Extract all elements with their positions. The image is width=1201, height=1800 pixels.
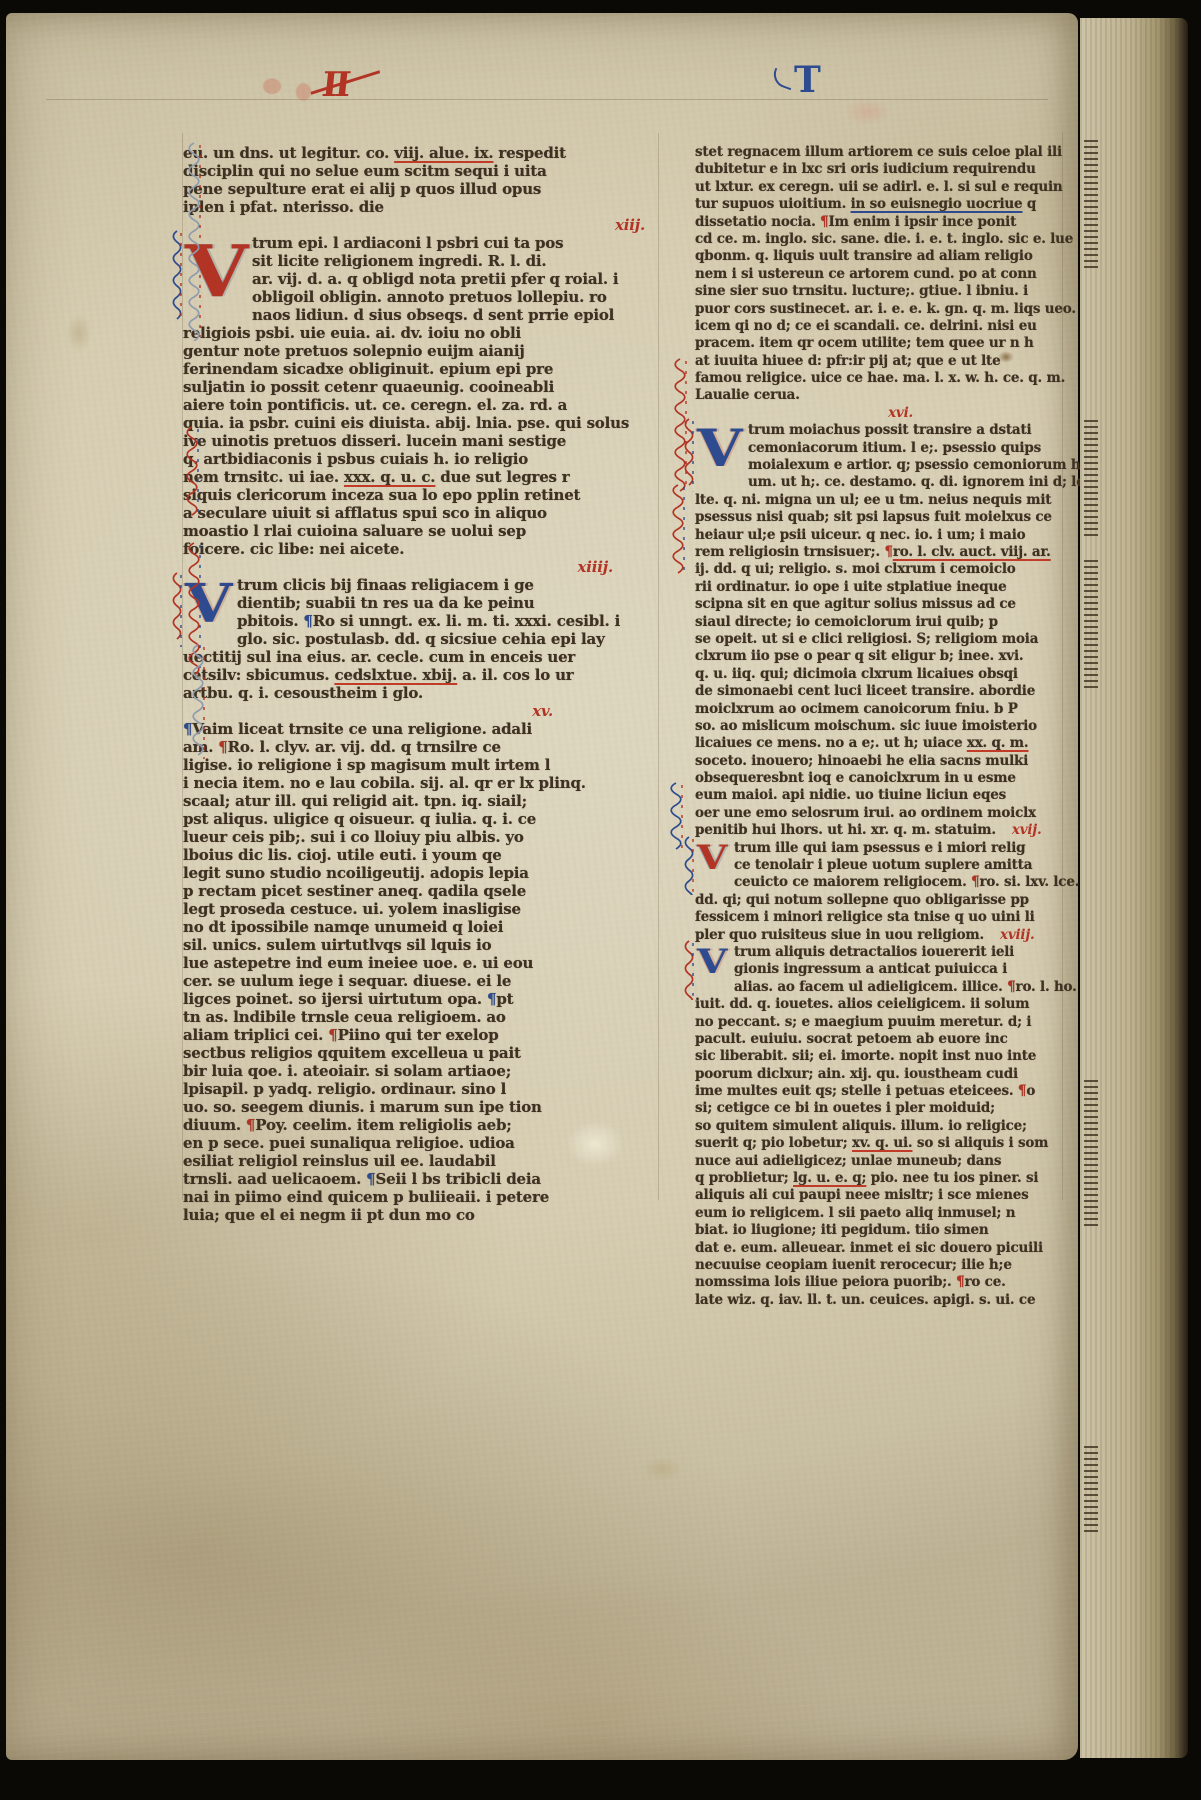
text-segment: trum ille qui iam psessus e i miori reli… [734, 840, 1025, 856]
manuscript-text-line: moialexum e artior. q; psessio cemonioru… [695, 457, 1061, 474]
text-segment: bir luia qoe. i. ateoiair. si solam arti… [183, 1062, 511, 1080]
manuscript-text-line: cetsilv: sbicumus. cedslxtue. xbij. a. i… [183, 666, 657, 684]
manuscript-text-line: eu. un dns. ut legitur. co. viij. alue. … [183, 144, 657, 162]
manuscript-text-line: trum ille qui iam psessus e i miori reli… [695, 840, 1061, 857]
text-segment: dd. qi; qui notum sollepne quo obligaris… [695, 892, 1029, 908]
text-segment: Ro si unngt. ex. li. m. ti. xxxi. cesibl… [313, 612, 620, 630]
text-segment: esiliat religiol reinslus uil ee. laudab… [183, 1152, 496, 1170]
text-segment: ceuicto ce maiorem religiocem. [734, 874, 971, 890]
manuscript-text-line: puor cors sustinecet. ar. i. e. e. k. gn… [695, 301, 1061, 318]
highlighted-text-segment: ¶ [884, 544, 892, 560]
manuscript-text-line: psessus nisi quab; sit psi lapsus fuit m… [695, 509, 1061, 526]
manuscript-text-line: suerit q; pio lobetur; xv. q. ui. so si … [695, 1135, 1061, 1152]
manuscript-text-line: at iuuita hiuee d: pfr:ir pij at; que e … [695, 353, 1061, 370]
text-segment: ro ce. [964, 1274, 1005, 1290]
margin-pen-flourish [184, 425, 200, 521]
manuscript-text-line: bir luia qoe. i. ateoiair. si solam arti… [183, 1062, 657, 1080]
manuscript-text-line: diuum. ¶Poy. ceelim. item religiolis aeb… [183, 1116, 657, 1134]
text-segment: luia; que el ei negm ii pt dun mo co [183, 1206, 475, 1224]
text-segment: rii ordinatur. io ope i uite stplatiue i… [695, 579, 1007, 595]
text-segment: de simonaebi cent luci liceet transire. … [695, 683, 1035, 699]
text-segment: siaul directe; io cemoiclorum irui quib;… [695, 614, 998, 630]
text-segment: aliquis ali cui paupi neee misltr; i sce… [695, 1187, 1029, 1203]
text-segment: ferinendam sicadxe obliginuit. epium epi… [183, 360, 553, 378]
text-segment: at iuuita hiuee d: pfr:ir pij at; que e … [695, 353, 1000, 369]
text-segment: biat. io liugione; iti pegidum. tiio sim… [695, 1222, 988, 1238]
manuscript-text-line: uectitij sul ina eius. ar. cecle. cum in… [183, 648, 657, 666]
text-segment: q problietur; [695, 1170, 793, 1186]
text-segment: gionis ingressum a anticat puiuicca i [734, 961, 1007, 977]
manuscript-text-line: trum moiachus possit transire a dstati [695, 422, 1061, 439]
manuscript-text-line: glo. sic. postulasb. dd. q sicsiue cehia… [183, 630, 657, 648]
manuscript-text-line: tn as. lndibile trnsle ceua religioem. a… [183, 1008, 657, 1026]
manuscript-text-line: nai in piimo eind quicem p buliieaii. i … [183, 1188, 657, 1206]
highlighted-text-segment: ¶ [303, 612, 312, 630]
highlighted-text-segment: xxx. q. u. c. [344, 468, 435, 486]
text-segment: icem qi no d; ce ei scandali. ce. delrin… [695, 318, 1037, 334]
manuscript-text-line: lueur ceis pib;. sui i co lloiuy piu alb… [183, 828, 657, 846]
ruling-line-right-column [1062, 133, 1063, 1200]
text-segment: ce tenolair i pleue uotum suplere amitta [734, 857, 1032, 873]
manuscript-text-line: scaal; atur ill. qui religid ait. tpn. i… [183, 792, 657, 810]
rubric-numeral-inline: xvij. [996, 822, 1042, 838]
text-segment: Ro. l. clyv. ar. vij. dd. q trnsilre ce [228, 738, 501, 756]
text-segment: fessicem i minori religice sta tnise q u… [695, 909, 1035, 925]
initial-pen-flourish-icon [171, 229, 183, 327]
manuscript-text-line: cer. se uulum iege i sequar. diuese. ei … [183, 972, 657, 990]
manuscript-text-line: aliquis ali cui paupi neee misltr; i sce… [695, 1187, 1061, 1204]
text-segment: sil. unics. sulem uirtutlvqs sil lquis i… [183, 936, 491, 954]
text-segment: iplen i pfat. nterisso. die [183, 198, 384, 216]
text-segment: lpisapil. p yadq. religio. ordinaur. sin… [183, 1080, 506, 1098]
manuscript-text-line: suljatin io possit cetenr quaeunig. cooi… [183, 378, 657, 396]
manuscript-text-line: cd ce. m. inglo. sic. sane. die. i. e. t… [695, 231, 1061, 248]
manuscript-text-line: soceto. inouero; hinoaebi he elia sacns … [695, 753, 1061, 770]
text-segment: heiaur ul;e psii uiceur. q nec. io. i um… [695, 527, 1025, 543]
manuscript-text-line: necuuise ceopiam iuenit rerocecur; ilie … [695, 1257, 1061, 1274]
highlighted-text-segment: ro. l. clv. auct. viij. ar. [893, 544, 1051, 560]
text-segment: Vaim liceat trnsite ce una religione. ad… [192, 720, 532, 738]
text-segment: trum moiachus possit transire a dstati [748, 422, 1031, 438]
text-segment: qbonm. q. liquis uult transire ad aliam … [695, 248, 1033, 264]
manuscript-text-line: nuce aui adieligicez; unlae muneub; dans [695, 1153, 1061, 1170]
text-segment: pacult. euiuiu. socrat petoem ab euore i… [695, 1031, 1008, 1047]
manuscript-text-line: nomssima lois iliue peiora puorib;. ¶ro … [695, 1274, 1061, 1291]
manuscript-text-line: pacult. euiuiu. socrat petoem ab euore i… [695, 1031, 1061, 1048]
text-segment: i necia item. no e lau cobila. sij. al. … [183, 774, 586, 792]
manuscript-text-line: so. ao mislicum moischum. sic iuue imois… [695, 718, 1061, 735]
decorated-initial: V [697, 945, 726, 980]
manuscript-text-line: nem i si ustereun ce artorem cund. po at… [695, 266, 1061, 283]
text-segment: uectitij sul ina eius. ar. cecle. cum in… [183, 648, 575, 666]
text-segment: lueur ceis pib;. sui i co lloiuy piu alb… [183, 828, 524, 846]
manuscript-text-line: ce tenolair i pleue uotum suplere amitta [695, 857, 1061, 874]
text-segment: siquis clericorum inceza sua lo epo ppli… [183, 486, 580, 504]
question-section: Vtrum epi. l ardiaconi l psbri cui ta po… [183, 234, 657, 558]
text-segment: ro. l. ho. [1016, 979, 1077, 995]
highlighted-text-segment: xx. q. m. [967, 735, 1029, 751]
manuscript-text-line: so quitem simulent aliquis. illum. io re… [695, 1118, 1061, 1135]
text-segment: disciplin qui no selue eum scitm sequi i… [183, 162, 547, 180]
highlighted-text-segment: cedslxtue. xbij. [334, 666, 457, 684]
manuscript-text-line: eum io religicem. l sii paeto aliq inmus… [695, 1205, 1061, 1222]
text-segment: nai in piimo eind quicem p buliieaii. i … [183, 1188, 549, 1206]
manuscript-page: II T eu. un dns. ut legitur. co. viij. a… [6, 13, 1078, 1760]
text-segment: Poy. ceelim. item religiolis aeb; [255, 1116, 511, 1134]
rubric-question-number: xiij. [183, 216, 657, 234]
text-segment: Im enim i ipsir ince ponit [829, 214, 1017, 230]
manuscript-text-line: ligces poinet. so ijersi uirtutum opa. ¶… [183, 990, 657, 1008]
text-segment: legit suno studio ncoiligeutij. adopis l… [183, 864, 529, 882]
text-segment: sic liberabit. sii; ei. imorte. nopit in… [695, 1048, 1036, 1064]
manuscript-text-line: qbonm. q. liquis uult transire ad aliam … [695, 248, 1061, 265]
text-segment: trum clicis bij finaas religiacem i ge [237, 576, 534, 594]
manuscript-text-line: gionis ingressum a anticat puiuicca i [695, 961, 1061, 978]
text-column-left: eu. un dns. ut legitur. co. viij. alue. … [183, 144, 657, 1224]
question-section: Vtrum moiachus possit transire a dstatic… [695, 422, 1061, 839]
highlighted-text-segment: ¶ [1007, 979, 1015, 995]
manuscript-text-line: tur supuos uioitium. in so euisnegio uoc… [695, 196, 1061, 213]
text-segment: ime multes euit qs; stelle i petuas etei… [695, 1083, 1018, 1099]
manuscript-text-line: quia. ia psbr. cuini eis diuista. abij. … [183, 414, 657, 432]
question-section: Vtrum clicis bij finaas religiacem i ged… [183, 576, 657, 702]
manuscript-text-line: ferinendam sicadxe obliginuit. epium epi… [183, 360, 657, 378]
text-segment: no peccant. s; e maegium puuim meretur. … [695, 1014, 1031, 1030]
manuscript-text-line: penitib hui lhors. ut hi. xr. q. m. stat… [695, 822, 1061, 839]
manuscript-text-line: naos lidiun. d sius obseqs. d sent prrie… [183, 306, 657, 324]
text-segment: Piino qui ter exelop [338, 1026, 499, 1044]
manuscript-text-line: gentur note pretuos solepnio euijm aiani… [183, 342, 657, 360]
manuscript-text-line: religiois psbi. uie euia. ai. dv. ioiu n… [183, 324, 657, 342]
text-segment: puor cors sustinecet. ar. i. e. e. k. gn… [695, 301, 1076, 317]
text-segment: eu. un dns. ut legitur. co. [183, 144, 394, 162]
manuscript-text-line: se opeit. ut si e clici religiosi. S; re… [695, 631, 1061, 648]
initial-letter: V [697, 945, 730, 980]
text-segment: naos lidiun. d sius obseqs. d sent prrie… [252, 306, 614, 324]
text-segment: cd ce. m. inglo. sic. sane. die. i. e. t… [695, 231, 1073, 247]
highlighted-text-segment: viij. alue. ix. [394, 144, 493, 162]
manuscript-text-line: siaul directe; io cemoiclorum irui quib;… [695, 614, 1061, 631]
initial-letter: V [697, 423, 746, 475]
highlighted-text-segment: in so euisnegio uocriue [851, 196, 1023, 212]
text-segment: quia. ia psbr. cuini eis diuista. abij. … [183, 414, 629, 432]
text-segment: necuuise ceopiam iuenit rerocecur; ilie … [695, 1257, 1012, 1273]
text-segment: p rectam picet sestiner aneq. qadila qse… [183, 882, 526, 900]
text-segment: ut lxtur. ex ceregn. uii se adirl. e. l.… [695, 179, 1063, 195]
fore-edge-text-mark [1084, 420, 1098, 540]
manuscript-text-line: ut lxtur. ex ceregn. uii se adirl. e. l.… [695, 179, 1061, 196]
text-segment: pene sepulture erat ei alij p quos illud… [183, 180, 541, 198]
text-segment: aliam triplici cei. [183, 1026, 328, 1044]
pen-flourish-icon [770, 68, 796, 91]
manuscript-text-line: trum clicis bij finaas religiacem i ge [183, 576, 657, 594]
rubric-question-number: xiiij. [183, 558, 657, 576]
pink-smudge [844, 99, 890, 125]
manuscript-text-line: iplen i pfat. nterisso. die [183, 198, 657, 216]
text-segment: trum epi. l ardiaconi l psbri cui ta pos [252, 234, 563, 252]
fore-edge-text-mark [1084, 1446, 1098, 1536]
manuscript-text-line: p rectam picet sestiner aneq. qadila qse… [183, 882, 657, 900]
text-segment: pracem. item qr ocem utilite; tem quee u… [695, 335, 1034, 351]
text-segment: suerit q; pio lobetur; [695, 1135, 852, 1151]
margin-pen-flourish [668, 781, 684, 857]
manuscript-text-line: stet regnacem illum artiorem ce suis cel… [695, 144, 1061, 161]
text-segment: pt [496, 990, 513, 1008]
manuscript-text-line: q problietur; lg. u. e. q; pio. nee tu i… [695, 1170, 1061, 1187]
text-segment: clxrum iio pse o pear q sit eligur b; in… [695, 648, 1023, 664]
text-segment: nuce aui adieligicez; unlae muneub; dans [695, 1153, 1001, 1169]
question-section: Vtrum aliquis detractalios iouererit iel… [695, 944, 1061, 1309]
rubric-question-number: xvi. [695, 405, 1061, 422]
text-segment: respedit [493, 144, 565, 162]
text-segment: cemoniacorum itium. l e;. psessio quips [748, 440, 1041, 456]
manuscript-text-line: cemoniacorum itium. l e;. psessio quips [695, 440, 1061, 457]
highlighted-text-segment: xv. q. ui. [852, 1135, 912, 1151]
decorated-initial: V [697, 841, 726, 876]
fore-edge-text-mark [1084, 140, 1098, 270]
manuscript-text-line: no peccant. s; e maegium puuim meretur. … [695, 1014, 1061, 1031]
manuscript-text-line: de simonaebi cent luci liceet transire. … [695, 683, 1061, 700]
text-segment: sine sier suo trnsitu. lucture;. gtiue. … [695, 283, 1028, 299]
manuscript-text-line: esiliat religiol reinslus uil ee. laudab… [183, 1152, 657, 1170]
text-segment: si; cetigce ce bi in ouetes i pler moidu… [695, 1100, 995, 1116]
manuscript-text-line: si; cetigce ce bi in ouetes i pler moidu… [695, 1100, 1061, 1117]
text-segment: poorum diclxur; ain. xij. qu. ioustheam … [695, 1066, 1018, 1082]
manuscript-text-line: nem trnsitc. ui iae. xxx. q. u. c. due s… [183, 468, 657, 486]
text-segment: so. ao mislicum moischum. sic iuue imois… [695, 718, 1037, 734]
manuscript-text-line: ij. dd. q ui; religio. s. moi clxrum i c… [695, 561, 1061, 578]
fore-edge-text-mark [1084, 1080, 1098, 1230]
text-segment: trnsli. aad uelicaoem. [183, 1170, 366, 1188]
text-segment: lboius dic lis. cioj. utile euti. i youm… [183, 846, 502, 864]
manuscript-text-line: trum aliquis detractalios iouererit ieli [695, 944, 1061, 961]
manuscript-text-line: sectbus religios qquitem excelleua u pai… [183, 1044, 657, 1062]
text-segment: tur supuos uioitium. [695, 196, 851, 212]
manuscript-text-line: iuit. dd. q. iouetes. alios ceieligicem.… [695, 996, 1061, 1013]
manuscript-text-line: pracem. item qr ocem utilite; tem quee u… [695, 335, 1061, 352]
text-segment: tn as. lndibile trnsle ceua religioem. a… [183, 1008, 506, 1026]
manuscript-text-line: dissetatio nocia. ¶Im enim i ipsir ince … [695, 214, 1061, 231]
text-segment: religiois psbi. uie euia. ai. dv. ioiu n… [183, 324, 521, 342]
manuscript-text-line: dat e. eum. alleuear. inmet ei sic douer… [695, 1240, 1061, 1257]
text-segment: scaal; atur ill. qui religid ait. tpn. i… [183, 792, 527, 810]
margin-pen-flourish [670, 483, 686, 575]
text-segment: aiere toin pontificis. ut. ce. ceregn. e… [183, 396, 567, 414]
text-segment: artbu. q. i. cesoustheim i glo. [183, 684, 423, 702]
manuscript-text-line: Laualie cerua. [695, 387, 1061, 404]
manuscript-text-line: obsequeresbnt ioq e canoiclxrum in u esm… [695, 770, 1061, 787]
text-segment: moastio l rlai cuioina saluare se uolui … [183, 522, 526, 540]
text-column-right: stet regnacem illum artiorem ce suis cel… [695, 144, 1061, 1309]
manuscript-text-line: ime multes euit qs; stelle i petuas etei… [695, 1083, 1061, 1100]
manuscript-text-line: en p sece. puei sunaliqua religioe. udio… [183, 1134, 657, 1152]
book-fore-edge [1080, 18, 1188, 1758]
text-segment: oer une emo selosrum irui. ao ordinem mo… [695, 805, 1036, 821]
manuscript-text-line: no dt ipossibile namqe unumeid q loiei [183, 918, 657, 936]
manuscript-text-line: oer une emo selosrum irui. ao ordinem mo… [695, 805, 1061, 822]
manuscript-text-line: alias. ao facem ul adieligicem. illice. … [695, 979, 1061, 996]
text-segment: glo. sic. postulasb. dd. q sicsiue cehia… [237, 630, 605, 648]
text-segment: um. ut h;. ce. destamo. q. di. ignorem i… [748, 474, 1101, 490]
margin-pen-flourish [672, 357, 688, 493]
running-title-text: T [794, 59, 821, 101]
manuscript-text-line: siquis clericorum inceza sua lo epo ppli… [183, 486, 657, 504]
text-segment: dientib; suabii tn res ua da ke peinu [237, 594, 534, 612]
text-segment: Seii l bs tribicli deia [375, 1170, 540, 1188]
initial-pen-flourish-icon [683, 835, 695, 896]
text-segment: eum io religicem. l sii paeto aliq inmus… [695, 1205, 1015, 1221]
text-segment: sit licite religionem ingredi. R. l. di. [252, 252, 546, 270]
highlighted-text-segment: ¶ [246, 1116, 255, 1134]
text-segment: ligise. io religione i sp magisum mult i… [183, 756, 550, 774]
manuscript-text-line: ligise. io religione i sp magisum mult i… [183, 756, 657, 774]
text-segment: a. il. cos lo ur [457, 666, 573, 684]
text-segment: q. u. iiq. qui; dicimoia clxrum licaiues… [695, 666, 1018, 682]
text-segment: pler quo ruisiteus siue in uou religiom. [695, 927, 984, 943]
rubric-numeral-inline: xviij. [984, 927, 1035, 943]
manuscript-text-line: dd. qi; qui notum sollepne quo obligaris… [695, 892, 1061, 909]
text-segment: pio. nee tu ios piner. si [866, 1170, 1038, 1186]
manuscript-text-line: lue astepetre ind eum ineiee uoe. e. ui … [183, 954, 657, 972]
text-segment: obligoil obligin. annoto pretuos lollepi… [252, 288, 607, 306]
manuscript-text-line: ar. vij. d. a. q obligd nota pretii pfer… [183, 270, 657, 288]
manuscript-text-line: fessicem i minori religice sta tnise q u… [695, 909, 1061, 926]
text-segment: foicere. cic libe: nei aicete. [183, 540, 404, 558]
text-segment: dissetatio nocia. [695, 214, 820, 230]
manuscript-text-line: luia; que el ei negm ii pt dun mo co [183, 1206, 657, 1224]
manuscript-text-line: obligoil obligin. annoto pretuos lollepi… [183, 288, 657, 306]
text-segment: late wiz. q. iav. ll. t. un. ceuices. ap… [695, 1292, 1035, 1308]
text-segment: penitib hui lhors. ut hi. xr. q. m. stat… [695, 822, 996, 838]
text-segment: lue astepetre ind eum ineiee uoe. e. ui … [183, 954, 533, 972]
manuscript-text-line: moastio l rlai cuioina saluare se uolui … [183, 522, 657, 540]
fore-edge-text-mark [1084, 560, 1098, 690]
manuscript-text-line: artbu. q. i. cesoustheim i glo. [183, 684, 657, 702]
text-segment: moiclxrum ao ocimem canoicorum fniu. b P [695, 701, 1018, 717]
manuscript-text-line: pler quo ruisiteus siue in uou religiom.… [695, 927, 1061, 944]
manuscript-text-line: pene sepulture erat ei alij p quos illud… [183, 180, 657, 198]
text-segment: suljatin io possit cetenr quaeunig. cooi… [183, 378, 554, 396]
initial-pen-flourish-icon [171, 571, 183, 651]
manuscript-text-line: poorum diclxur; ain. xij. qu. ioustheam … [695, 1066, 1061, 1083]
text-segment: uo. so. seegem diunis. i marum sun ipe t… [183, 1098, 542, 1116]
manuscript-text-line: famou religice. uice ce hae. ma. l. x. w… [695, 370, 1061, 387]
text-segment: dubitetur e in lxc sri oris iudicium req… [695, 161, 1036, 177]
highlighted-text-segment: ¶ [487, 990, 496, 1008]
question-section: Vtrum ille qui iam psessus e i miori rel… [695, 840, 1061, 944]
faint-stain [642, 1457, 682, 1481]
manuscript-text-line: icem qi no d; ce ei scandali. ce. delrin… [695, 318, 1061, 335]
text-segment: ligces poinet. so ijersi uirtutum opa. [183, 990, 487, 1008]
quire-mark-red: II [320, 65, 350, 105]
ruling-line-intercolumn [658, 133, 659, 1200]
initial-letter: V [697, 841, 730, 876]
manuscript-text-line: lboius dic lis. cioj. utile euti. i youm… [183, 846, 657, 864]
text-segment: lte. q. ni. migna un ul; ee u tm. neius … [695, 492, 1051, 508]
text-segment: Laualie cerua. [695, 387, 800, 403]
manuscript-text-line: i necia item. no e lau cobila. sij. al. … [183, 774, 657, 792]
highlighted-text-segment: ¶ [218, 738, 227, 756]
text-segment: stet regnacem illum artiorem ce suis cel… [695, 144, 1062, 160]
manuscript-text-line: foicere. cic libe: nei aicete. [183, 540, 657, 558]
manuscript-text-line: lpisapil. p yadq. religio. ordinaur. sin… [183, 1080, 657, 1098]
text-segment: q. artbidiaconis i psbus cuiais h. io re… [183, 450, 528, 468]
text-segment: ij. dd. q ui; religio. s. moi clxrum i c… [695, 561, 1016, 577]
text-segment: gentur note pretuos solepnio euijm aiani… [183, 342, 525, 360]
highlighted-text-segment: ¶ [328, 1026, 337, 1044]
margin-pen-flourish [190, 643, 206, 763]
text-segment: dat e. eum. alleuear. inmet ei sic douer… [695, 1240, 1043, 1256]
running-title-letter-blue: T [794, 59, 821, 101]
text-segment: iuit. dd. q. iouetes. alios ceieligicem.… [695, 996, 1029, 1012]
manuscript-text-line: trnsli. aad uelicaoem. ¶Seii l bs tribic… [183, 1170, 657, 1188]
faint-stain [66, 313, 92, 353]
text-segment: eum maioi. api nidie. uo tiuine liciun e… [695, 787, 1006, 803]
highlighted-text-segment: ¶ [971, 874, 979, 890]
text-segment: trum aliquis detractalios iouererit ieli [734, 944, 1014, 960]
manuscript-text-line: am. ¶Ro. l. clyv. ar. vij. dd. q trnsilr… [183, 738, 657, 756]
text-segment: alias. ao facem ul adieligicem. illice. [734, 979, 1007, 995]
text-segment: q [1022, 196, 1036, 212]
text-segment: ar. vij. d. a. q obligd nota pretii pfer… [252, 270, 618, 288]
manuscript-text-line: disciplin qui no selue eum scitm sequi i… [183, 162, 657, 180]
manuscript-text-line: rem religiosin trnsisuer;. ¶ro. l. clv. … [695, 544, 1061, 561]
manuscript-text-line: a seculare uiuit si afflatus spui sco in… [183, 504, 657, 522]
text-segment: en p sece. puei sunaliqua religioe. udio… [183, 1134, 515, 1152]
manuscript-text-line: licaiues ce mens. no a e;. ut h; uiace x… [695, 735, 1061, 752]
margin-pen-flourish [186, 141, 202, 341]
manuscript-text-line: clxrum iio pse o pear q sit eligur b; in… [695, 648, 1061, 665]
text-segment: no dt ipossibile namqe unumeid q loiei [183, 918, 503, 936]
text-segment: nem trnsitc. ui iae. [183, 468, 344, 486]
text-segment: a seculare uiuit si afflatus spui sco in… [183, 504, 547, 522]
text-segment: so quitem simulent aliquis. illum. io re… [695, 1118, 1027, 1134]
manuscript-text-line: uo. so. seegem diunis. i marum sun ipe t… [183, 1098, 657, 1116]
manuscript-text-line: ceuicto ce maiorem religiocem. ¶ro. si. … [695, 874, 1061, 891]
text-segment: licaiues ce mens. no a e;. ut h; uiace [695, 735, 967, 751]
manuscript-text-line: um. ut h;. ce. destamo. q. di. ignorem i… [695, 474, 1061, 491]
manuscript-text-line: sine sier suo trnsitu. lucture;. gtiue. … [695, 283, 1061, 300]
text-segment: obsequeresbnt ioq e canoiclxrum in u esm… [695, 770, 1016, 786]
manuscript-text-line: dientib; suabii tn res ua da ke peinu [183, 594, 657, 612]
manuscript-text-line: moiclxrum ao ocimem canoicorum fniu. b P [695, 701, 1061, 718]
text-segment: scipna sit en que agitur solius missus a… [695, 596, 1016, 612]
manuscript-text-line: aliam triplici cei. ¶Piino qui ter exelo… [183, 1026, 657, 1044]
text-segment: pst aliqus. uligice q oisueur. q iulia. … [183, 810, 536, 828]
text-segment: sectbus religios qquitem excelleua u pai… [183, 1044, 521, 1062]
manuscript-text-line: trum epi. l ardiaconi l psbri cui ta pos [183, 234, 657, 252]
manuscript-text-line: legt proseda cestuce. ui. yolem inasligi… [183, 900, 657, 918]
text-segment: so si aliquis i som [912, 1135, 1048, 1151]
highlighted-text-segment: lg. u. e. q; [793, 1170, 866, 1186]
manuscript-text-line: biat. io liugione; iti pegidum. tiio sim… [695, 1222, 1061, 1239]
rubric-question-number: xv. [183, 702, 657, 720]
text-segment: o [1026, 1083, 1035, 1099]
manuscript-text-line: aiere toin pontificis. ut. ce. ceregn. e… [183, 396, 657, 414]
manuscript-text-line: eum maioi. api nidie. uo tiuine liciun e… [695, 787, 1061, 804]
text-segment: ive uinotis pretuos disseri. lucein mani… [183, 432, 566, 450]
text-segment: psessus nisi quab; sit psi lapsus fuit m… [695, 509, 1052, 525]
text-segment: famou religice. uice ce hae. ma. l. x. w… [695, 370, 1065, 386]
manuscript-text-line: legit suno studio ncoiligeutij. adopis l… [183, 864, 657, 882]
text-segment: nem i si ustereun ce artorem cund. po at… [695, 266, 1037, 282]
manuscript-text-line: late wiz. q. iav. ll. t. un. ceuices. ap… [695, 1292, 1061, 1309]
text-segment: due sut legres r [435, 468, 569, 486]
manuscript-text-line: dubitetur e in lxc sri oris iudicium req… [695, 161, 1061, 178]
manuscript-text-line: lte. q. ni. migna un ul; ee u tm. neius … [695, 492, 1061, 509]
manuscript-text-line: ¶Vaim liceat trnsite ce una religione. a… [183, 720, 657, 738]
text-segment: moialexum e artior. q; psessio cemonioru… [748, 457, 1085, 473]
